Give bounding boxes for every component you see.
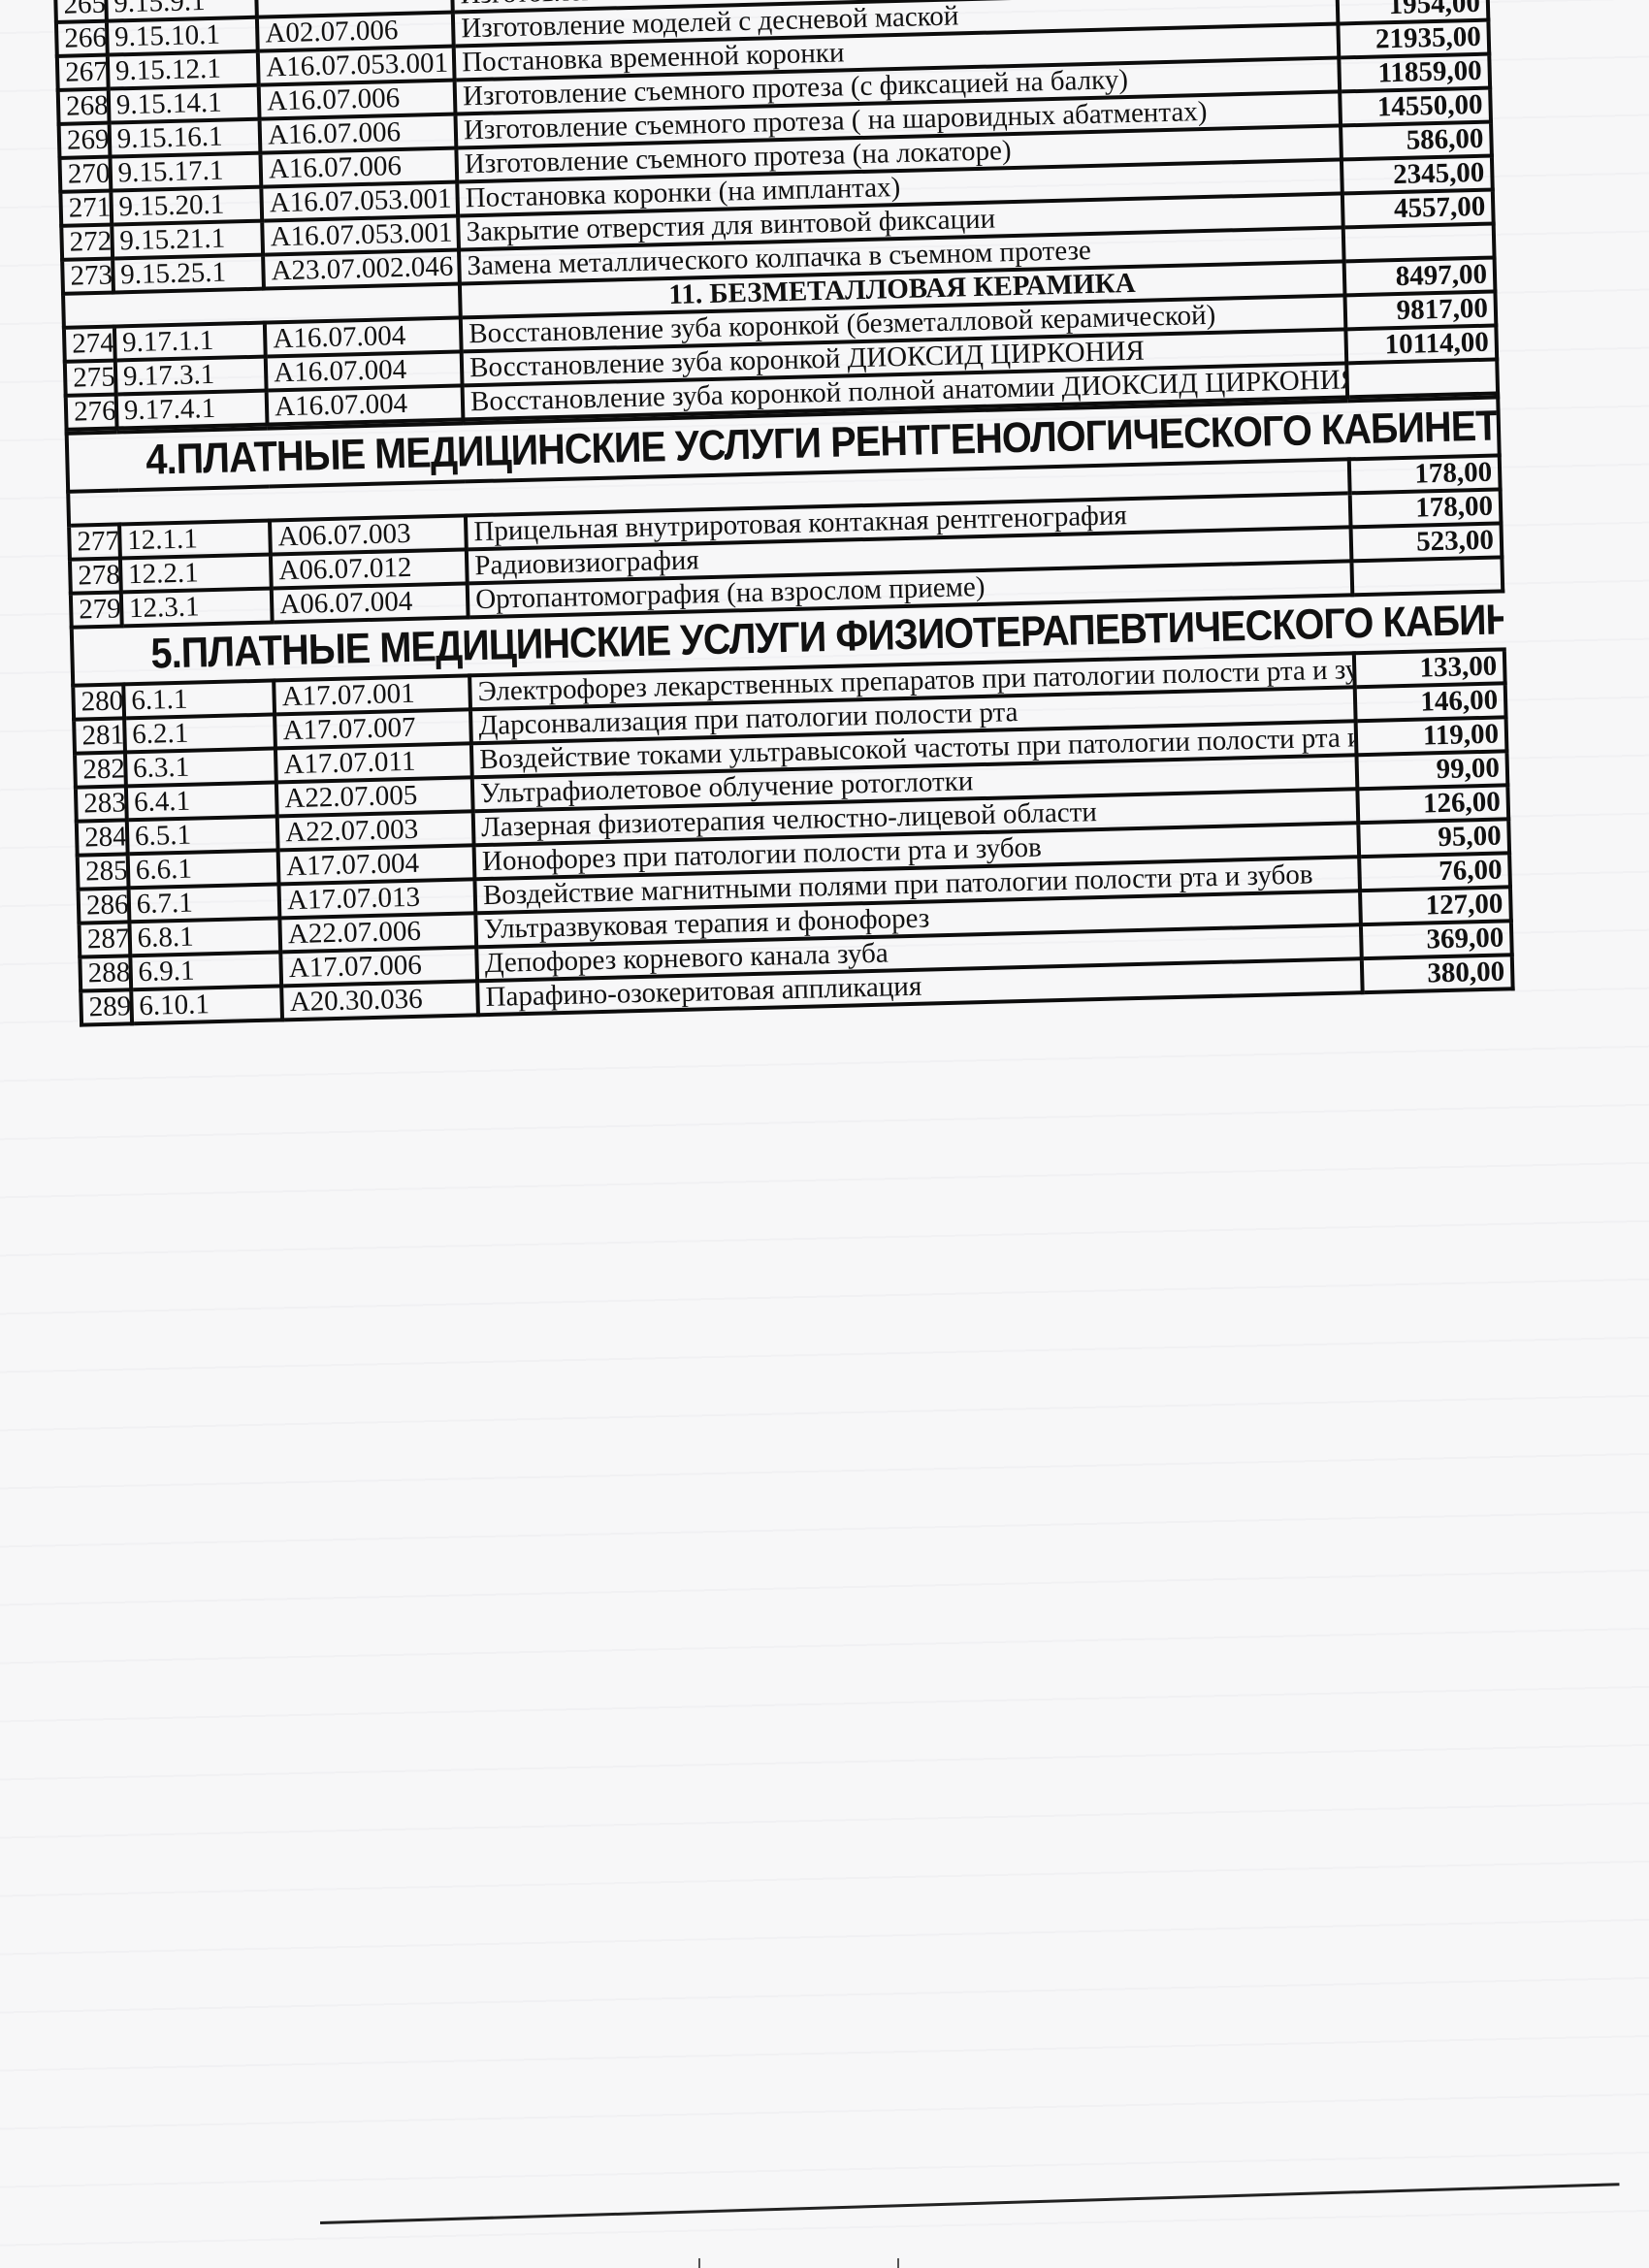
price-cell: 178,00	[1348, 455, 1500, 493]
row-number: 277	[69, 524, 120, 559]
price-cell	[1351, 557, 1503, 595]
service-code: 6.5.1	[127, 816, 278, 854]
medical-code: A23.07.002.046	[263, 250, 460, 289]
price-cell: 4557,00	[1342, 190, 1493, 228]
row-number: 278	[70, 558, 121, 593]
medical-code: A16.07.006	[259, 81, 456, 119]
medical-code: A16.07.053.001	[261, 182, 458, 221]
tick-mark	[698, 2258, 700, 2268]
row-number: 267	[57, 55, 109, 90]
service-code: 9.15.10.1	[107, 17, 258, 55]
row-number: 275	[65, 361, 116, 396]
row-number: 271	[60, 191, 112, 226]
medical-code: A17.07.007	[275, 709, 471, 748]
medical-code: A16.07.004	[266, 351, 463, 390]
xray-table: 4.ПЛАТНЫЕ МЕДИЦИНСКИЕ УСЛУГИ РЕНТГЕНОЛОГ…	[65, 395, 1515, 1026]
price-cell: 95,00	[1358, 819, 1509, 857]
service-code: 6.6.1	[127, 850, 278, 888]
row-number: 282	[75, 752, 126, 787]
price-cell: 8497,00	[1343, 257, 1495, 295]
price-cell: 119,00	[1355, 717, 1506, 755]
price-cell: 586,00	[1341, 122, 1492, 160]
price-cell: 2345,00	[1342, 156, 1493, 194]
price-cell: 99,00	[1356, 751, 1507, 789]
row-number: 265	[55, 0, 107, 22]
row-number: 285	[78, 854, 129, 889]
price-cell: 126,00	[1357, 785, 1508, 823]
service-code: 12.2.1	[120, 555, 272, 593]
row-number: 273	[62, 259, 113, 294]
price-cell: 369,00	[1361, 921, 1512, 958]
row-number: 276	[66, 395, 117, 430]
medical-code: A20.30.036	[281, 981, 478, 1020]
medical-code: A06.07.003	[270, 515, 467, 554]
price-cell: 14550,00	[1340, 88, 1491, 126]
price-cell	[1346, 359, 1498, 397]
row-number: 274	[64, 327, 115, 362]
medical-code: A17.07.006	[280, 947, 477, 986]
price-table: 2659.15.9.1Изготовление силиконового клю…	[53, 0, 1500, 432]
row-number: 269	[59, 123, 111, 158]
price-cell: 11859,00	[1339, 54, 1490, 92]
service-code: 6.9.1	[130, 952, 281, 989]
row-number: 287	[79, 922, 130, 956]
medical-code: A06.07.012	[271, 549, 468, 588]
service-code: 6.1.1	[123, 680, 275, 718]
row-number: 286	[79, 888, 130, 923]
row-number: 270	[59, 157, 111, 192]
medical-code: A16.07.006	[261, 148, 458, 187]
price-cell: 523,00	[1350, 523, 1502, 561]
medical-code: A22.07.005	[276, 777, 473, 816]
price-cell: 10114,00	[1345, 325, 1497, 363]
price-cell: 178,00	[1349, 489, 1501, 527]
service-code: 9.15.21.1	[112, 221, 263, 259]
price-cell	[1342, 224, 1494, 262]
medical-code: A16.07.053.001	[258, 47, 455, 85]
row-number: 268	[58, 89, 110, 124]
medical-code: A17.07.001	[274, 675, 470, 714]
medical-code: A17.07.011	[275, 743, 472, 782]
row-number: 281	[74, 718, 125, 753]
medical-code: A17.07.004	[278, 845, 475, 884]
price-cell: 133,00	[1353, 649, 1504, 687]
service-code: 9.15.16.1	[109, 119, 260, 157]
medical-code: A16.07.053.001	[262, 216, 459, 255]
signature-line	[320, 2183, 1619, 2224]
service-code: 9.17.3.1	[115, 357, 267, 395]
price-cell: 380,00	[1361, 955, 1512, 992]
service-code: 9.17.4.1	[115, 391, 267, 429]
service-code: 6.8.1	[129, 918, 280, 956]
service-code: 12.3.1	[121, 589, 273, 627]
row-number: 272	[61, 225, 113, 260]
service-code: 9.15.12.1	[108, 51, 259, 89]
price-cell: 146,00	[1354, 683, 1505, 721]
medical-code: A16.07.006	[260, 114, 457, 153]
service-code: 6.4.1	[126, 782, 277, 820]
row-number: 284	[77, 820, 128, 855]
row-number: 280	[73, 684, 124, 719]
row-number: 289	[81, 989, 132, 1024]
medical-code: A22.07.006	[280, 913, 477, 952]
row-number: 283	[76, 786, 127, 821]
medical-code: A16.07.004	[267, 385, 464, 424]
service-code: 9.15.14.1	[108, 85, 259, 123]
row-number: 279	[71, 592, 122, 627]
medical-code: A02.07.006	[257, 13, 454, 51]
service-code: 9.15.20.1	[111, 187, 262, 225]
service-code: 6.3.1	[125, 748, 276, 786]
row-number: 266	[56, 21, 108, 56]
service-code: 6.2.1	[124, 714, 275, 752]
tick-mark	[897, 2258, 899, 2268]
service-code: 9.17.1.1	[114, 323, 266, 361]
service-code: 6.7.1	[128, 884, 279, 922]
medical-code: A06.07.004	[272, 583, 469, 622]
service-code: 6.10.1	[131, 986, 282, 1023]
price-cell: 21935,00	[1338, 20, 1489, 58]
service-code: 12.1.1	[119, 521, 271, 559]
service-code: 9.15.17.1	[110, 153, 261, 191]
service-code: 9.15.25.1	[113, 255, 264, 293]
price-cell: 9817,00	[1344, 291, 1496, 329]
price-list-page: 2659.15.9.1Изготовление силиконового клю…	[53, 0, 1515, 1027]
medical-code: A22.07.003	[277, 811, 474, 850]
price-cell: 127,00	[1360, 887, 1511, 924]
medical-code: A16.07.004	[265, 317, 462, 356]
row-number: 288	[80, 956, 131, 990]
price-cell: 76,00	[1359, 853, 1510, 891]
medical-code: A17.07.013	[279, 879, 476, 918]
